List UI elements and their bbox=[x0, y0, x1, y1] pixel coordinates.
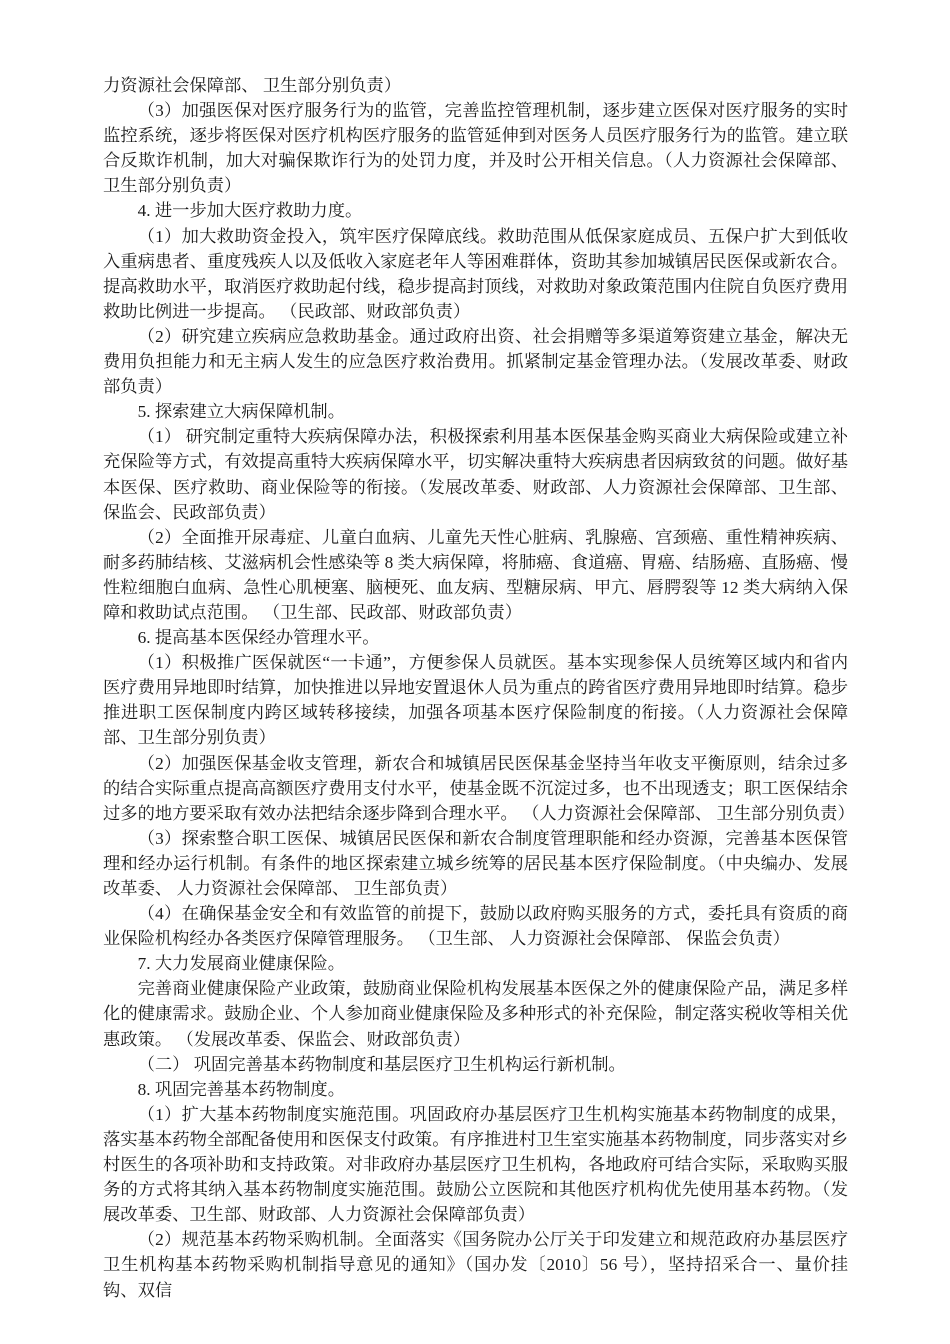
section-heading: 5. 探索建立大病保障机制。 bbox=[103, 399, 848, 424]
section-heading: 6. 提高基本医保经办管理水平。 bbox=[103, 625, 848, 650]
paragraph: （1） 研究制定重特大疾病保障办法，积极探索利用基本医保基金购买商业大病保险或建… bbox=[103, 424, 848, 524]
paragraph: （1）积极推广医保就医“一卡通”，方便参保人员就医。基本实现参保人员统筹区域内和… bbox=[103, 650, 848, 750]
paragraph-continuation: 力资源社会保障部、 卫生部分别负责） bbox=[103, 73, 848, 98]
section-heading: 7. 大力发展商业健康保险。 bbox=[103, 951, 848, 976]
section-heading: 8. 巩固完善基本药物制度。 bbox=[103, 1077, 848, 1102]
paragraph: （1）加大救助资金投入，筑牢医疗保障底线。救助范围从低保家庭成员、五保户扩大到低… bbox=[103, 224, 848, 324]
paragraph: （3）加强医保对医疗服务行为的监管，完善监控管理机制，逐步建立医保对医疗服务的实… bbox=[103, 98, 848, 198]
section-heading: 4. 进一步加大医疗救助力度。 bbox=[103, 198, 848, 223]
paragraph: （4）在确保基金安全和有效监管的前提下，鼓励以政府购买服务的方式，委托具有资质的… bbox=[103, 901, 848, 951]
paragraph: （1）扩大基本药物制度实施范围。巩固政府办基层医疗卫生机构实施基本药物制度的成果… bbox=[103, 1102, 848, 1227]
paragraph: 完善商业健康保险产业政策，鼓励商业保险机构发展基本医保之外的健康保险产品，满足多… bbox=[103, 976, 848, 1051]
paragraph: （2）加强医保基金收支管理，新农合和城镇居民医保基金坚持当年收支平衡原则，结余过… bbox=[103, 751, 848, 826]
paragraph: （2）研究建立疾病应急救助基金。通过政府出资、社会捐赠等多渠道筹资建立基金，解决… bbox=[103, 324, 848, 399]
paragraph: （2）全面推开尿毒症、儿童白血病、儿童先天性心脏病、乳腺癌、宫颈癌、重性精神疾病… bbox=[103, 525, 848, 625]
document-page: 力资源社会保障部、 卫生部分别负责） （3）加强医保对医疗服务行为的监管，完善监… bbox=[0, 0, 950, 1344]
paragraph: （3）探索整合职工医保、城镇居民医保和新农合制度管理职能和经办资源，完善基本医保… bbox=[103, 826, 848, 901]
subsection-heading: （二） 巩固完善基本药物制度和基层医疗卫生机构运行新机制。 bbox=[103, 1052, 848, 1077]
paragraph: （2）规范基本药物采购机制。全面落实《国务院办公厅关于印发建立和规范政府办基层医… bbox=[103, 1227, 848, 1302]
